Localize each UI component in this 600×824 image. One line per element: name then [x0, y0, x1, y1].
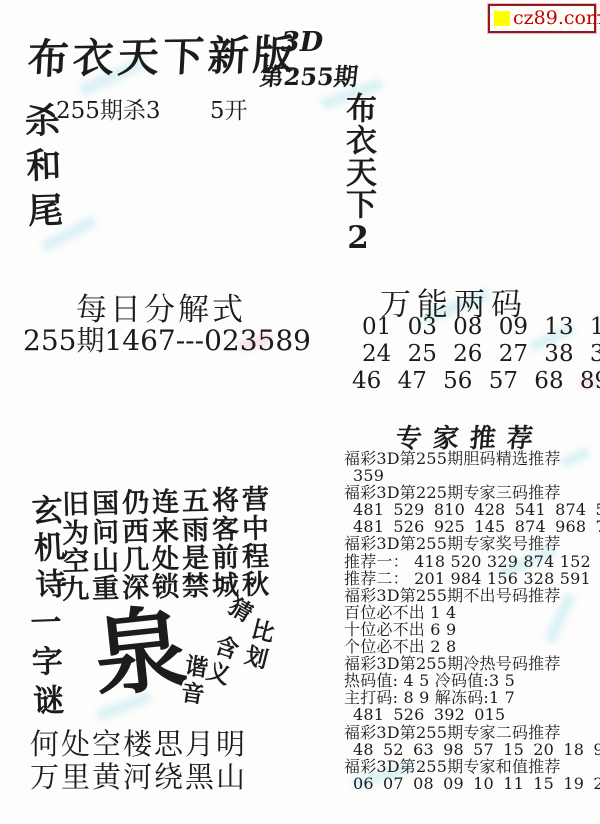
expert-line: 福彩3D第255期专家二码推荐 [344, 724, 598, 741]
daily-formula-value: 255期1467---023589 [23, 319, 311, 359]
two-codes-row: 01 03 08 09 13 18 19? [362, 314, 590, 341]
yellow-square-icon [494, 11, 510, 26]
vertical-kill-tail-label: 杀和尾 [14, 101, 69, 238]
expert-line: 481 529 810 428 541 874 512 [353, 501, 598, 518]
riddle-hint: 谐音 [172, 652, 212, 710]
expert-line: 481 526 925 145 874 968 741 [353, 518, 598, 535]
tip-sheet-page: cz89.com 布衣天下新版 3D 第255期 255期杀3 5开 杀和尾 布… [0, 0, 600, 824]
page-title: 布衣天下新版 [26, 22, 299, 86]
expert-line: 热码值: 4 5 冷码值:3 5 [344, 672, 598, 689]
expert-line: 481 526 392 015 [353, 706, 598, 723]
two-codes-row: 46 47 56 57 68 89 [352, 368, 590, 395]
two-codes-grid: 01 03 08 09 13 18 19? 24 25 26 27 38 39 … [350, 314, 590, 395]
expert-line: 福彩3D第255期专家和值推荐 [344, 758, 598, 775]
expert-line: 福彩3D第255期专家奖号推荐 [344, 535, 598, 552]
site-badge[interactable]: cz89.com [488, 4, 596, 33]
kill-label: 255期杀3 [56, 98, 161, 124]
expert-line: 359 [353, 467, 598, 484]
expert-line: 06 07 08 09 10 11 15 19 20 [353, 775, 598, 792]
expert-line: 福彩3D第225期专家三码推荐 [344, 484, 598, 501]
open-label: 5开 [210, 98, 248, 124]
expert-line: 十位必不出 6 9 [344, 621, 598, 638]
two-codes-row: 24 25 26 27 38 39 45? [362, 341, 590, 368]
title-edition: 3D [281, 27, 323, 58]
expert-line: 福彩3D第255期冷热号码推荐 [344, 655, 598, 672]
bottom-poem-line: 万里黄河绕黑山 [30, 755, 247, 796]
expert-line: 推荐二： 201 984 156 328 591 [344, 570, 598, 587]
expert-line: 福彩3D第255期不出号码推荐 [344, 587, 598, 604]
expert-line: 48 52 63 98 57 15 20 18 95 [353, 741, 598, 758]
expert-recommendations: 福彩3D第255期胆码精选推荐 359 福彩3D第225期专家三码推荐 481 … [344, 450, 598, 792]
expert-line: 百位必不出 1 4 [344, 604, 598, 621]
title-issue: 第255期 [258, 57, 360, 92]
expert-line: 福彩3D第255期胆码精选推荐 [344, 450, 598, 467]
kill-info-row: 255期杀3 5开 [56, 92, 248, 125]
site-badge-label: cz89.com [513, 9, 600, 28]
expert-line: 主打码: 8 9 解冻码:1 7 [344, 689, 598, 706]
vertical-brand-label: 布衣天下2 [336, 92, 381, 257]
expert-line: 推荐一： 418 520 329 874 152 [344, 553, 598, 570]
riddle-label: 一字谜 [20, 605, 69, 723]
expert-line: 个位必不出 2 8 [344, 638, 598, 655]
